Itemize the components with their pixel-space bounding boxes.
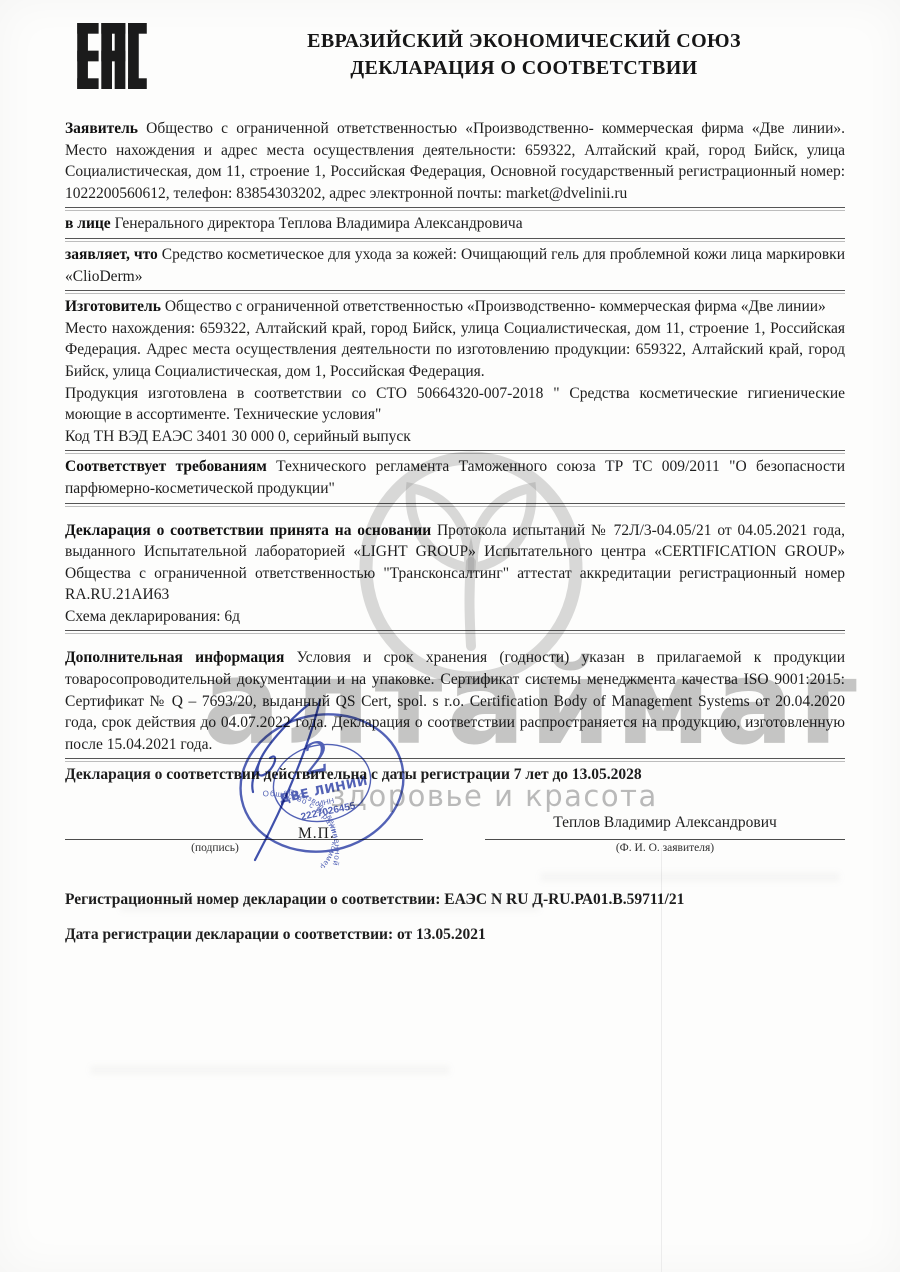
document-title-line1: ЕВРАЗИЙСКИЙ ЭКОНОМИЧЕСКИЙ СОЮЗ	[203, 28, 845, 55]
section-divider	[65, 630, 845, 634]
section-divider	[65, 238, 845, 242]
registration-number-value: ЕАЭС N RU Д-RU.РА01.В.59711/21	[444, 891, 684, 908]
document-title-line2: ДЕКЛАРАЦИЯ О СООТВЕТСТВИИ	[203, 55, 845, 82]
declares-paragraph: заявляет, что Средство косметическое для…	[65, 244, 845, 287]
name-caption: (Ф. И. О. заявителя)	[485, 842, 845, 854]
manufacturer-code: Код ТН ВЭД ЕАЭС 3401 30 000 0, серийный …	[65, 426, 845, 448]
stamp-place-label: М.П.	[298, 825, 335, 843]
applicant-label: Заявитель	[65, 120, 138, 137]
applicant-text: Общество с ограниченной ответственностью…	[65, 120, 845, 202]
manufacturer-paragraph: Изготовитель Общество с ограниченной отв…	[65, 296, 845, 318]
additional-info-paragraph: Дополнительная информация Условия и срок…	[65, 647, 845, 755]
manufacturer-label: Изготовитель	[65, 298, 161, 315]
section-divider	[65, 207, 845, 211]
additional-info-label: Дополнительная информация	[65, 649, 284, 666]
registration-date-label: Дата регистрации декларации о соответств…	[65, 926, 393, 943]
applicant-paragraph: Заявитель Общество с ограниченной ответс…	[65, 118, 845, 204]
scan-ghosting	[90, 1065, 450, 1075]
basis-paragraph: Декларация о соответствии принята на осн…	[65, 520, 845, 606]
manufacturer-address: Место нахождения: 659322, Алтайский край…	[65, 318, 845, 383]
signature-caption: (подпись)	[125, 842, 305, 854]
validity-line: Декларация о соответствии действительна …	[65, 764, 845, 786]
in-person-text: Генерального директора Теплова Владимира…	[115, 215, 523, 232]
section-divider	[65, 503, 845, 507]
document-title: ЕВРАЗИЙСКИЙ ЭКОНОМИЧЕСКИЙ СОЮЗ ДЕКЛАРАЦИ…	[151, 18, 845, 82]
section-divider	[65, 450, 845, 454]
in-person-label: в лице	[65, 215, 111, 232]
section-divider	[65, 758, 845, 762]
declaration-scheme: Схема декларирования: 6д	[65, 606, 845, 628]
manufacturer-production: Продукция изготовлена в соответствии со …	[65, 383, 845, 426]
signature-block: М.П. (подпись) Теплов Владимир Александр…	[65, 813, 845, 865]
complies-paragraph: Соответствует требованиям Технического р…	[65, 456, 845, 499]
registration-number-line: Регистрационный номер декларации о соотв…	[65, 889, 845, 910]
registration-number-label: Регистрационный номер декларации о соотв…	[65, 891, 440, 908]
name-line	[485, 839, 845, 840]
section-divider	[65, 290, 845, 294]
manufacturer-text: Общество с ограниченной ответственностью…	[165, 298, 826, 315]
in-person-paragraph: в лице Генерального директора Теплова Вл…	[65, 213, 845, 235]
complies-label: Соответствует требованиям	[65, 458, 267, 475]
eac-logo	[73, 23, 151, 89]
registration-date-value: от 13.05.2021	[397, 926, 486, 943]
registration-date-line: Дата регистрации декларации о соответств…	[65, 924, 845, 945]
signature-line	[65, 839, 423, 840]
basis-label: Декларация о соответствии принята на осн…	[65, 522, 431, 539]
document-header: ЕВРАЗИЙСКИЙ ЭКОНОМИЧЕСКИЙ СОЮЗ ДЕКЛАРАЦИ…	[65, 18, 845, 89]
declares-text: Средство косметическое для ухода за коже…	[65, 246, 845, 285]
declares-label: заявляет, что	[65, 246, 158, 263]
applicant-full-name: Теплов Владимир Александрович	[485, 814, 845, 832]
declaration-document: алтаймаг здоровье и красота Общество с о…	[0, 0, 900, 1272]
